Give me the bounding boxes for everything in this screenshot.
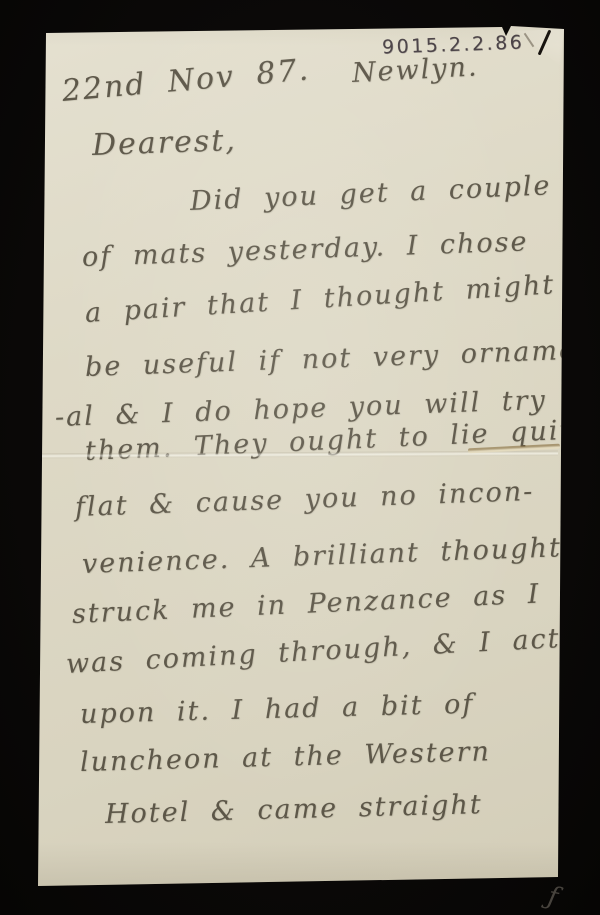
letter-line: Did you get a couple [189, 170, 552, 217]
letter-line: of mats yesterday. I chose [81, 226, 529, 273]
letter-sheet: 9015.2.2.86 Newlyn. 22nd Nov 87. Dearest… [0, 0, 600, 915]
letter-salutation: Dearest, [91, 123, 237, 163]
letter-photograph: 9015.2.2.86 Newlyn. 22nd Nov 87. Dearest… [0, 0, 600, 915]
letter-place: Newlyn. [351, 51, 479, 89]
letter-line: flat & cause you no incon- [74, 476, 534, 523]
letter-line: a pair that I thought might [84, 269, 556, 329]
letter-line: struck me in Penzance as I [71, 579, 541, 630]
letter-line: was coming through, & I acted [65, 621, 598, 680]
letter-line: venience. A brilliant thought [81, 532, 562, 580]
letter-date: 22nd Nov 87. [60, 52, 311, 109]
letter-line: Hotel & came straight [105, 789, 483, 830]
stray-ink-mark: ƒ [545, 881, 561, 912]
letter-line: luncheon at the Western [80, 736, 492, 778]
letter-line: upon it. I had a bit of [80, 689, 475, 730]
letter-line: be useful if not very ornament [84, 334, 600, 383]
